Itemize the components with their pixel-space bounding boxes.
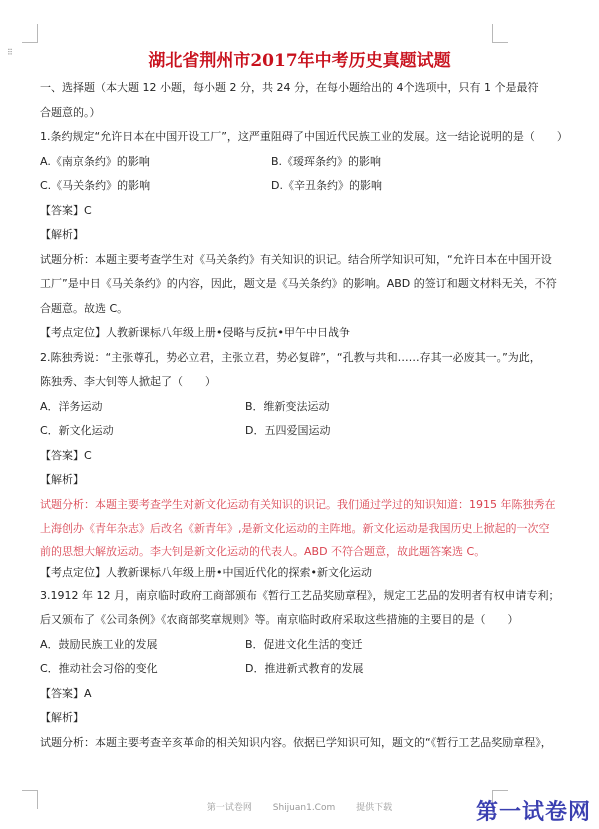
question-1-knowledge-point: 【考点定位】人教新课标八年级上册•侵略与反抗•甲午中日战争 <box>40 321 560 346</box>
option-d: D.《辛丑条约》的影响 <box>271 174 382 199</box>
question-3-stem: 3.1912 年 12 月，南京临时政府工商部颁布《暂行工艺品奖励章程》，规定工… <box>40 584 560 609</box>
option-b: B.《瑷珲条约》的影响 <box>271 150 381 175</box>
question-2-knowledge-point: 【考点定位】人教新课标八年级上册•中国近代化的探索•新文化运动 <box>40 562 560 584</box>
document-body: 一、选择题（本大题 12 小题，每小题 2 分，共 24 分，在每小题给出的 4… <box>40 76 560 755</box>
footer-site-name: 第一试卷网 <box>207 803 252 813</box>
question-3-stem-cont: 后又颁布了《公司条例》《农商部奖章规则》等。南京临时政府采取这些措施的主要目的是… <box>40 608 560 633</box>
option-c: C．推动社会习俗的变化 <box>40 657 245 682</box>
option-b: B．维新变法运动 <box>245 395 330 420</box>
question-2-options-row-1: A．洋务运动 B．维新变法运动 <box>40 395 560 420</box>
question-1-analysis-label: 【解析】 <box>40 223 560 248</box>
question-3-options-row-1: A．鼓励民族工业的发展 B．促进文化生活的变迁 <box>40 633 560 658</box>
question-2-analysis-line: 前的思想大解放运动。李大钊是新文化运动的代表人。ABD 不符合题意，故此题答案选… <box>40 542 560 562</box>
question-3-analysis-label: 【解析】 <box>40 706 560 731</box>
option-c: C．新文化运动 <box>40 419 245 444</box>
option-d: D．五四爱国运动 <box>245 419 330 444</box>
option-c: C.《马关条约》的影响 <box>40 174 245 199</box>
footer-site-url: Shijuan1.Com <box>273 803 336 813</box>
question-2-options-row-2: C．新文化运动 D．五四爱国运动 <box>40 419 560 444</box>
question-2-stem-cont: 陈独秀、李大钊等人掀起了（ ） <box>40 370 560 395</box>
question-3-analysis-line: 试题分析：本题主要考查辛亥革命的相关知识内容。依据已学知识可知，题文的“《暂行工… <box>40 731 560 756</box>
question-1-analysis-line: 工厂”是中日《马关条约》的内容，因此，题文是《马关条约》的影响。ABD 的签订和… <box>40 272 560 297</box>
question-1-analysis-line: 合题意。故选 C。 <box>40 297 560 322</box>
question-1-analysis-line: 试题分析：本题主要考查学生对《马关条约》有关知识的识记。结合所学知识可知，“允许… <box>40 248 560 273</box>
option-a: A.《南京条约》的影响 <box>40 150 245 175</box>
document-title: 湖北省荆州市2017年中考历史真题试题 <box>0 46 599 71</box>
question-2-analysis-line: 上海创办《青年杂志》后改名《新青年》,是新文化运动的主阵地。新文化运动是我国历史… <box>40 517 560 542</box>
question-2-answer: 【答案】C <box>40 444 560 469</box>
section-header-cont: 合题意的。） <box>40 101 560 126</box>
question-1-answer: 【答案】C <box>40 199 560 224</box>
question-1-stem: 1.条约规定“允许日本在中国开设工厂”，这严重阻碍了中国近代民族工业的发展。这一… <box>40 125 560 150</box>
footer-provided: 提供下载 <box>356 803 392 813</box>
question-2-analysis-label: 【解析】 <box>40 468 560 493</box>
question-1-options-row-2: C.《马关条约》的影响 D.《辛丑条约》的影响 <box>40 174 560 199</box>
question-2-analysis-line: 试题分析：本题主要考查学生对新文化运动有关知识的识记。我们通过学过的知识知道：1… <box>40 493 560 518</box>
option-a: A．洋务运动 <box>40 395 245 420</box>
page-corner-mark-top-right <box>492 24 508 43</box>
question-3-options-row-2: C．推动社会习俗的变化 D．推进新式教育的发展 <box>40 657 560 682</box>
option-a: A．鼓励民族工业的发展 <box>40 633 245 658</box>
watermark-logo: 第一试卷网 <box>476 795 591 826</box>
section-header: 一、选择题（本大题 12 小题，每小题 2 分，共 24 分，在每小题给出的 4… <box>40 76 560 101</box>
option-b: B．促进文化生活的变迁 <box>245 633 363 658</box>
option-d: D．推进新式教育的发展 <box>245 657 363 682</box>
page-corner-mark-top-left <box>22 24 38 43</box>
question-2-stem: 2.陈独秀说：“主张尊孔，势必立君，主张立君，势必复辟”，“孔教与共和……存其一… <box>40 346 560 371</box>
question-3-answer: 【答案】A <box>40 682 560 707</box>
question-1-options-row-1: A.《南京条约》的影响 B.《瑷珲条约》的影响 <box>40 150 560 175</box>
